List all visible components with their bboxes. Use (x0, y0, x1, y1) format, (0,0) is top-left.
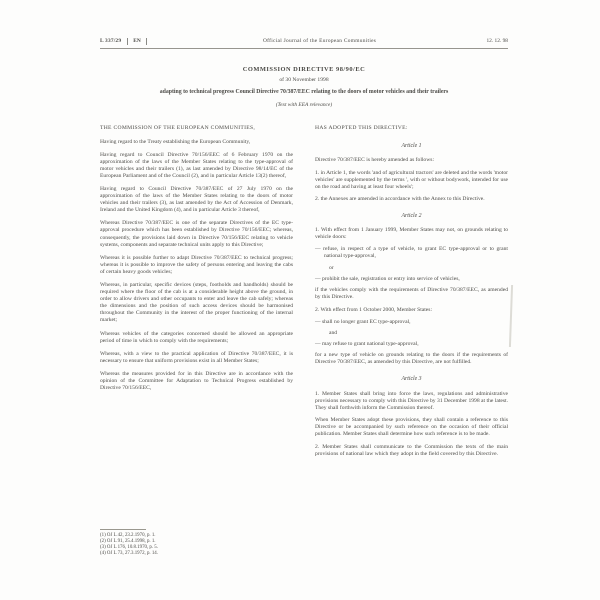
scan-artifact (509, 285, 513, 347)
article-3-paragraph-1b: When Member States adopt these provision… (315, 417, 508, 438)
article-2-paragraph-2: 2. With effect from 1 October 2000, Memb… (315, 307, 508, 314)
article-2-connector: or (329, 265, 508, 272)
enacting-formula: HAS ADOPTED THIS DIRECTIVE: (315, 125, 508, 132)
citation-paragraph: Having regard to Council Directive 70/38… (100, 186, 293, 214)
recital-paragraph: Whereas, with a view to the practical ap… (100, 351, 293, 365)
recital-paragraph: Whereas vehicles of the categories conce… (100, 331, 293, 345)
article-2-indent: — prohibit the sale, registration or ent… (315, 276, 508, 283)
article-3-heading: Article 3 (315, 376, 508, 383)
page-header: L 337/29 EN Official Journal of the Euro… (100, 38, 508, 45)
recital-paragraph: Whereas the measures provided for in thi… (100, 371, 293, 392)
citation-paragraph: Having regard to the Treaty establishing… (100, 139, 293, 146)
article-3-paragraph-1: 1. Member States shall bring into force … (315, 391, 508, 412)
footnotes-block: (1) OJ L 42, 23.2.1970, p. 1. (2) OJ L 9… (100, 525, 293, 558)
footnote-rule (100, 529, 146, 530)
directive-subject: adapting to technical progress Council D… (139, 89, 469, 96)
directive-date: of 30 November 1998 (100, 77, 508, 84)
article-2-indent: — shall no longer grant EC type-approval… (315, 319, 508, 326)
citation-paragraph: Having regard to Council Directive 70/15… (100, 152, 293, 180)
article-2-connector: and (329, 330, 508, 337)
article-1-item: 2. the Annexes are amended in accordance… (315, 196, 508, 203)
recital-paragraph: Whereas, in particular, specific devices… (100, 282, 293, 325)
article-2-indent: — refuse, in respect of a type of vehicl… (315, 246, 508, 260)
article-2-indent: — may refuse to grant national type-appr… (315, 341, 508, 348)
article-1-heading: Article 1 (315, 143, 508, 150)
article-2-heading: Article 2 (315, 213, 508, 220)
article-2-paragraph-1: 1. With effect from 1 January 1999, Memb… (315, 227, 508, 241)
article-3-paragraph-2: 2. Member States shall communicate to th… (315, 444, 508, 458)
article-2-closing: for a new type of vehicle on grounds rel… (315, 352, 508, 366)
footnote: (4) OJ L 73, 27.3.1972, p. 14. (100, 551, 293, 557)
right-column: HAS ADOPTED THIS DIRECTIVE: Article 1 Di… (315, 125, 508, 557)
opening-formula: THE COMMISSION OF THE EUROPEAN COMMUNITI… (100, 125, 293, 132)
page-code: L 337/29 (100, 38, 121, 45)
scanned-page: L 337/29 EN Official Journal of the Euro… (0, 0, 600, 600)
article-1-item: 1. in Article 1, the words 'and of agric… (315, 170, 508, 191)
recital-paragraph: Whereas Directive 70/387/EEC is one of t… (100, 220, 293, 248)
header-date: 12. 12. 98 (486, 38, 508, 45)
header-rule (100, 48, 508, 49)
page-content: L 337/29 EN Official Journal of the Euro… (100, 38, 508, 557)
eea-relevance-note: (Text with EEA relevance) (100, 102, 508, 109)
article-2-closing: if the vehicles comply with the requirem… (315, 287, 508, 301)
directive-title: COMMISSION DIRECTIVE 98/90/EC (100, 66, 508, 74)
left-column: THE COMMISSION OF THE EUROPEAN COMMUNITI… (100, 125, 293, 557)
title-block: COMMISSION DIRECTIVE 98/90/EC of 30 Nove… (100, 66, 508, 109)
language-code: EN (127, 38, 147, 45)
article-1-intro: Directive 70/387/EEC is hereby amended a… (315, 157, 508, 164)
journal-title: Official Journal of the European Communi… (153, 38, 487, 45)
recital-paragraph: Whereas it is possible further to adapt … (100, 255, 293, 276)
body-columns: THE COMMISSION OF THE EUROPEAN COMMUNITI… (100, 125, 508, 557)
